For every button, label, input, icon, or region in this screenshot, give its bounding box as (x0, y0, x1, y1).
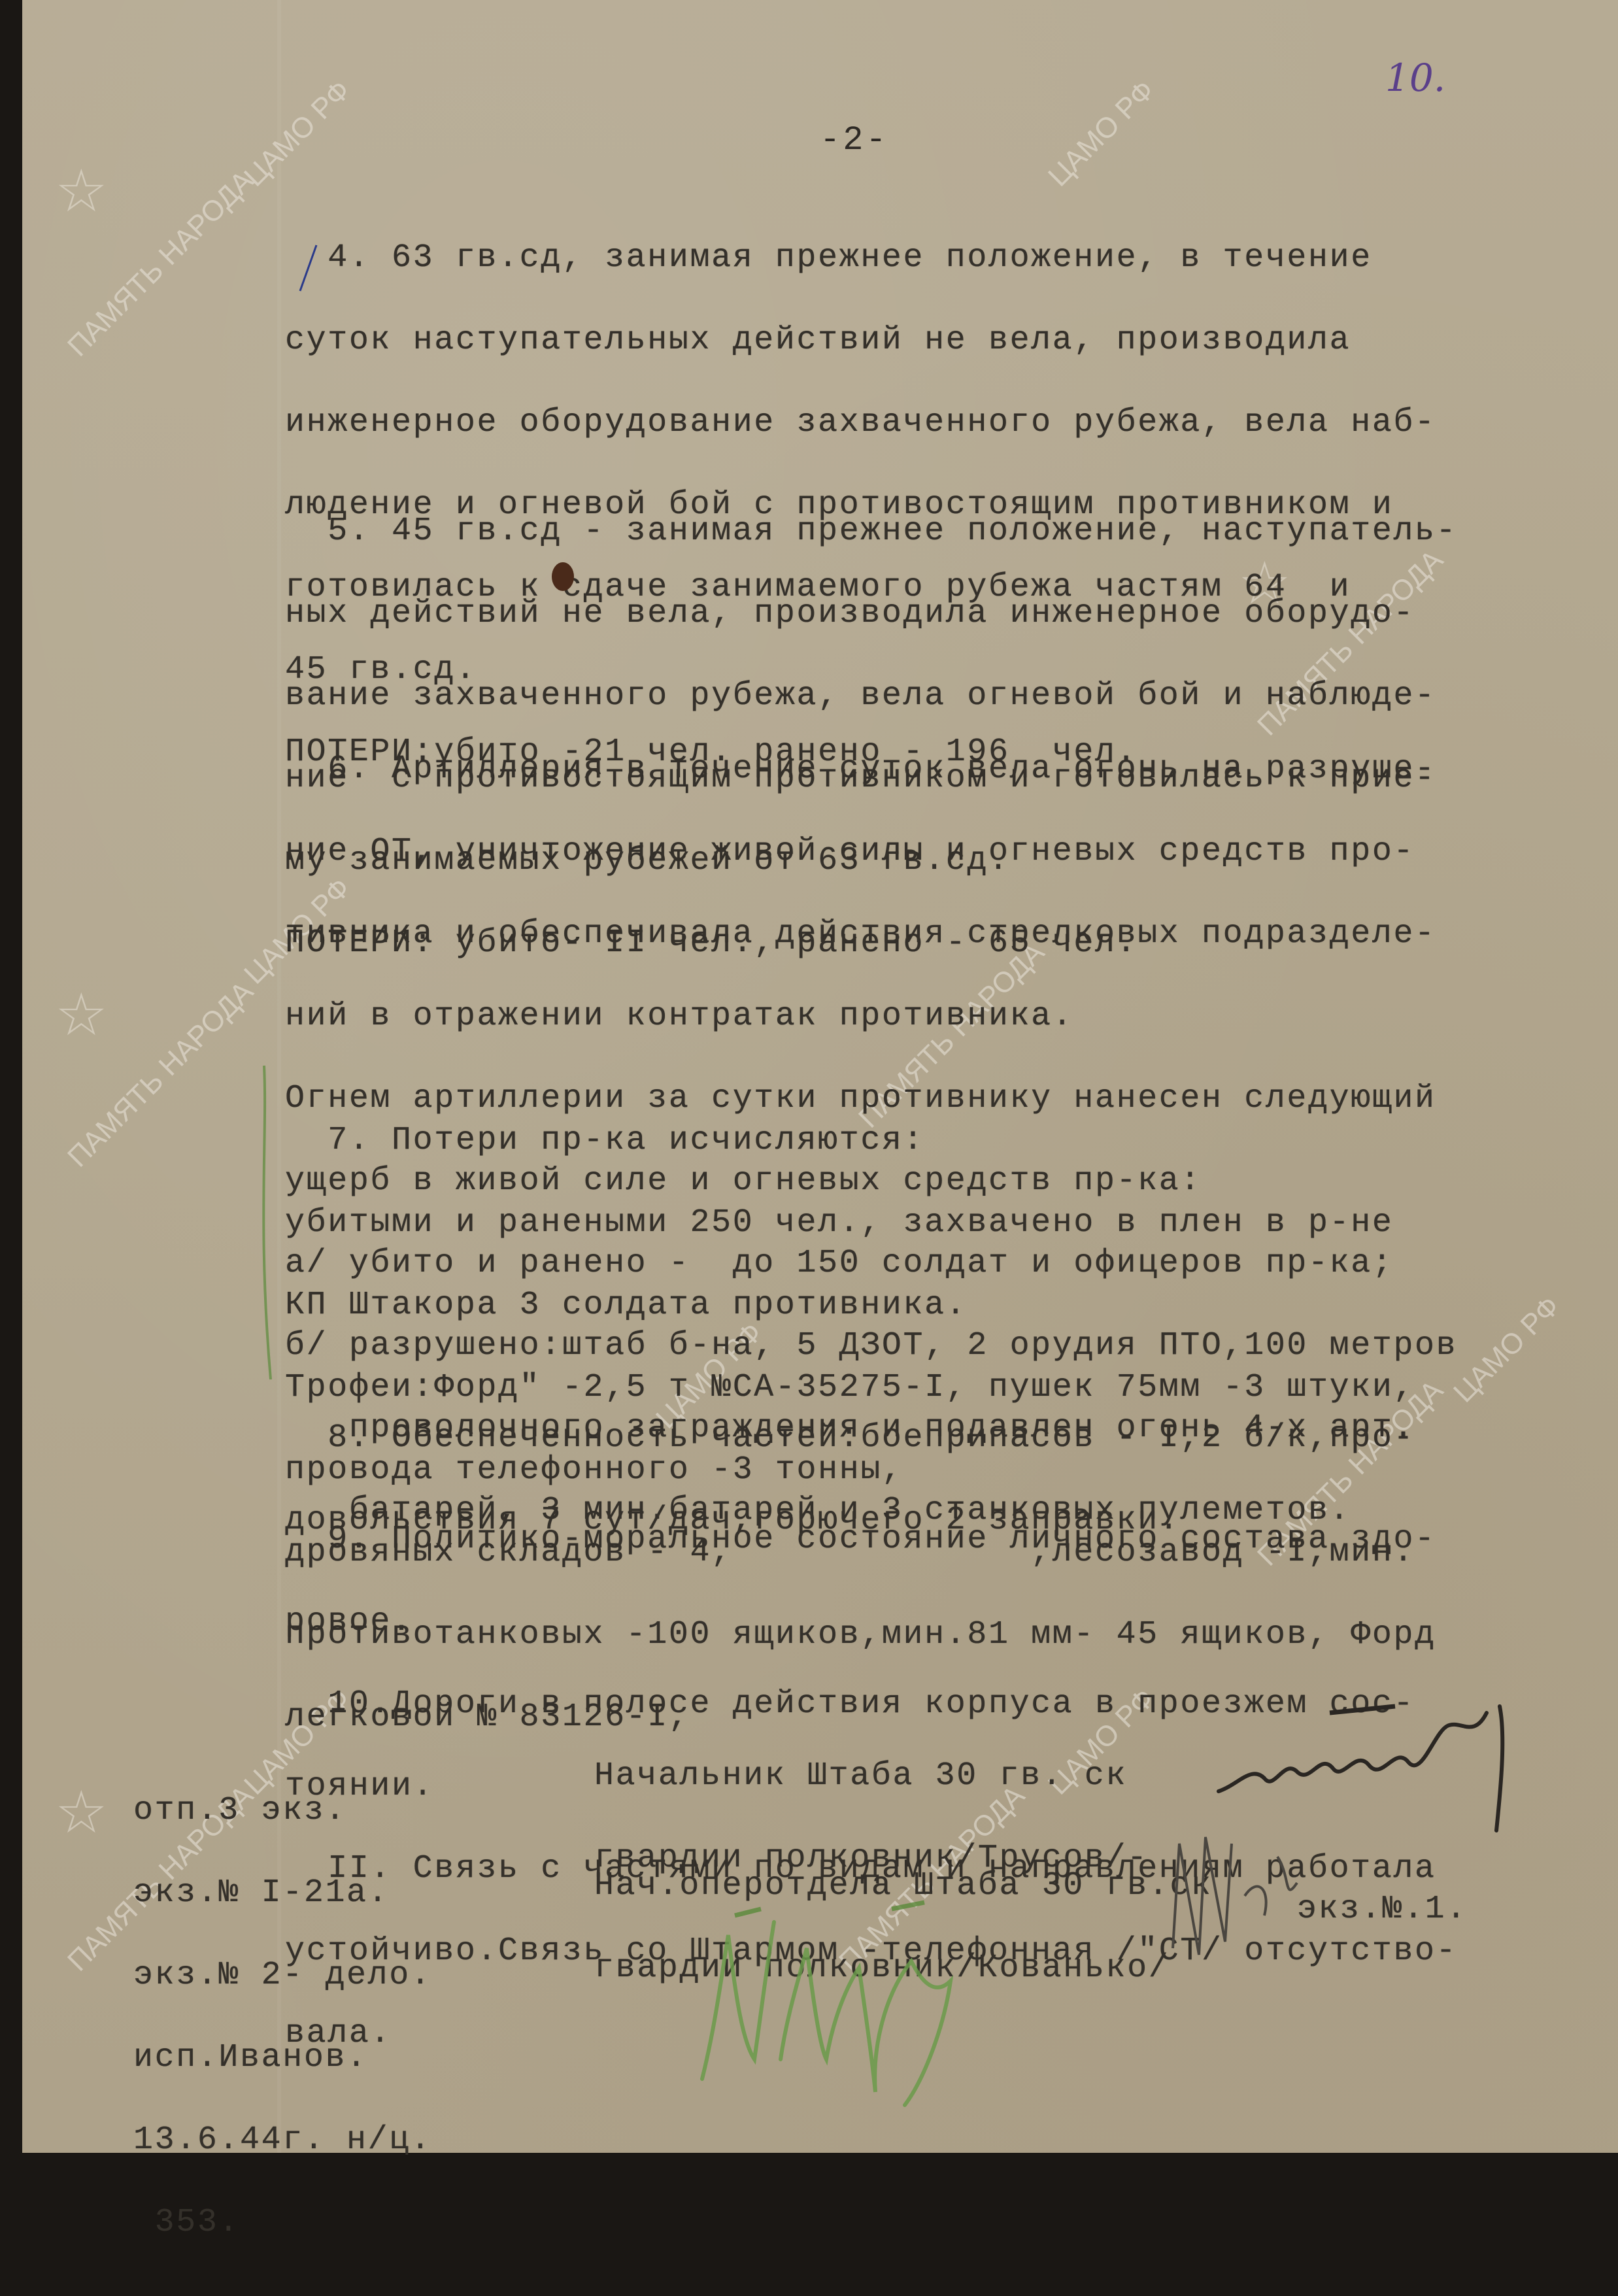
distribution-list: отп.3 экз. экз.№ I-21а. экз.№ 2- дело. и… (133, 1742, 431, 2153)
text-line: 6. Артиллерия в течение суток вела огонь… (285, 756, 1457, 783)
handwritten-page-number: 10. (1385, 56, 1445, 100)
watermark-camo: ЦАМО РФ (238, 74, 357, 193)
star-icon: ☆ (55, 981, 108, 1049)
distribution-line: исп.Иванов. (133, 2044, 431, 2072)
text-line: суток наступательных действий не вела, п… (285, 327, 1436, 354)
watermark-camo: ЦАМО РФ (1447, 1290, 1566, 1409)
signatory-title: Начальник Штаба 30 гв. ск (594, 1763, 1149, 1790)
signature-green-pencil (676, 1896, 1016, 2131)
document-page: ЦАМО РФ ЦАМО РФ ☆ ПАМЯТЬ НАРОДА ☆ ПАМЯТЬ… (22, 0, 1618, 2153)
green-margin-mark (238, 1059, 297, 1386)
ink-stain (552, 562, 574, 591)
text-line: КП Штакора 3 солдата противника. (285, 1292, 1436, 1319)
text-line: 5. 45 гв.сд - занимая прежнее положение,… (285, 518, 1457, 545)
blue-pencil-mark (297, 242, 323, 294)
text-line: ных действий не вела, производила инжене… (285, 600, 1457, 628)
distribution-line: отп.3 экз. (133, 1797, 431, 1825)
text-line: 9. Политико-моральное состояние личного … (285, 1526, 1457, 1553)
text-line: ний в отражении контратак противника. (285, 1003, 1457, 1030)
text-line: инженерное оборудование захваченного руб… (285, 409, 1436, 437)
star-icon: ☆ (55, 1778, 108, 1847)
distribution-line: экз.№ I-21а. (133, 1880, 431, 1907)
distribution-line: экз.№ 2- дело. (133, 1962, 431, 1989)
signature-kovanko (1160, 1817, 1330, 1987)
watermark-camo: ЦАМО РФ (1042, 74, 1161, 193)
text-line: 8. Обеспеченность частей:боеприпасов - I… (285, 1425, 1415, 1452)
text-line: убитыми и ранеными 250 чел., захвачено в… (285, 1209, 1436, 1237)
text-line: ровое. (285, 1608, 1457, 1636)
distribution-line: 13.6.44г. н/ц. (133, 2127, 431, 2153)
text-line: 4. 63 гв.сд, занимая прежнее положение, … (285, 245, 1436, 272)
text-line: 7. Потери пр-ка исчисляются: (285, 1127, 1436, 1155)
text-line: тивника и обеспечивала действия стрелков… (285, 920, 1457, 948)
text-line: ние ОТ, уничтожение живой силы и огневых… (285, 838, 1457, 866)
page-header: -2- (820, 121, 889, 160)
star-icon: ☆ (55, 157, 108, 226)
